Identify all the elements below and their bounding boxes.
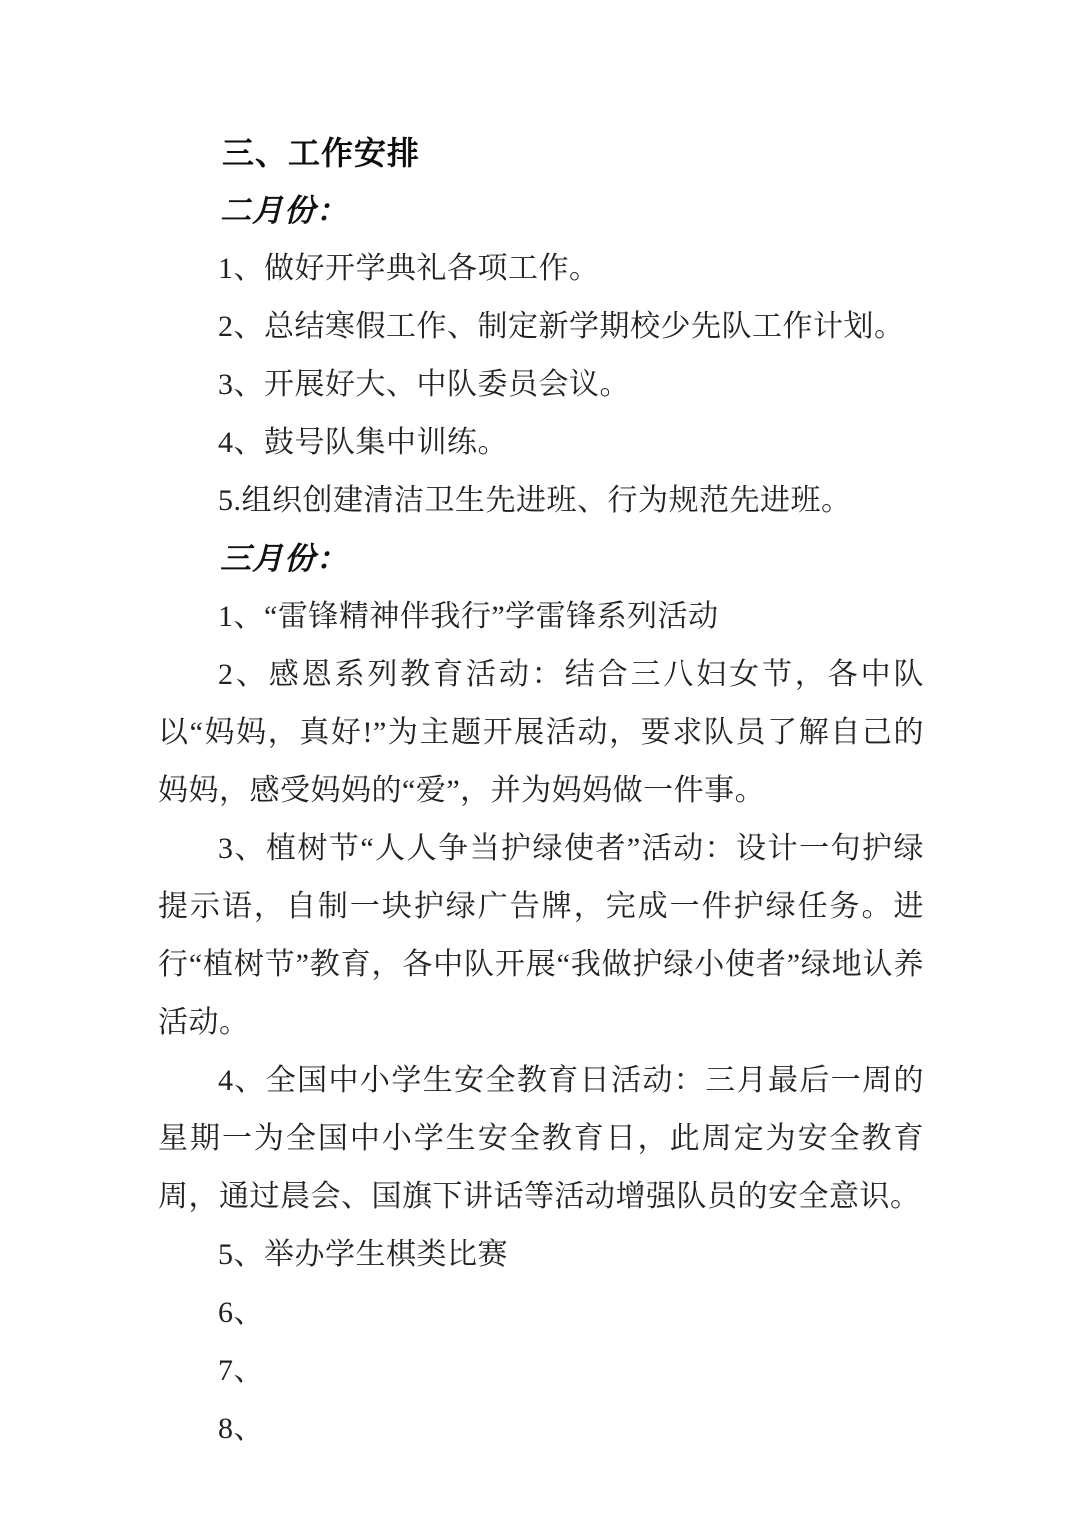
list-item: 8、 xyxy=(158,1400,924,1458)
list-item: 5、举办学生棋类比赛 xyxy=(158,1226,924,1284)
list-item: 4、鼓号队集中训练。 xyxy=(158,414,924,472)
list-item: 1、做好开学典礼各项工作。 xyxy=(158,240,924,298)
list-item: 3、开展好大、中队委员会议。 xyxy=(158,356,924,414)
document-page: 三、工作安排 二月份： 1、做好开学典礼各项工作。 2、总结寒假工作、制定新学期… xyxy=(0,0,1080,1527)
march-section: 三月份： 1、“雷锋精神伴我行”学雷锋系列活动 2、感恩系列教育活动：结合三八妇… xyxy=(158,530,924,1458)
month-title-march: 三月份： xyxy=(158,530,924,588)
list-item: 2、感恩系列教育活动：结合三八妇女节，各中队以“妈妈，真好!”为主题开展活动，要… xyxy=(158,646,924,820)
list-item: 4、全国中小学生安全教育日活动：三月最后一周的星期一为全国中小学生安全教育日，此… xyxy=(158,1052,924,1226)
list-item: 6、 xyxy=(158,1284,924,1342)
february-section: 二月份： 1、做好开学典礼各项工作。 2、总结寒假工作、制定新学期校少先队工作计… xyxy=(158,182,924,530)
list-item: 1、“雷锋精神伴我行”学雷锋系列活动 xyxy=(158,588,924,646)
list-item: 5.组织创建清洁卫生先进班、行为规范先进班。 xyxy=(158,472,924,530)
list-item: 7、 xyxy=(158,1342,924,1400)
list-item: 2、总结寒假工作、制定新学期校少先队工作计划。 xyxy=(158,298,924,356)
section-heading: 三、工作安排 xyxy=(158,124,924,182)
list-item: 3、植树节“人人争当护绿使者”活动：设计一句护绿提示语，自制一块护绿广告牌，完成… xyxy=(158,820,924,1052)
month-title-february: 二月份： xyxy=(158,182,924,240)
